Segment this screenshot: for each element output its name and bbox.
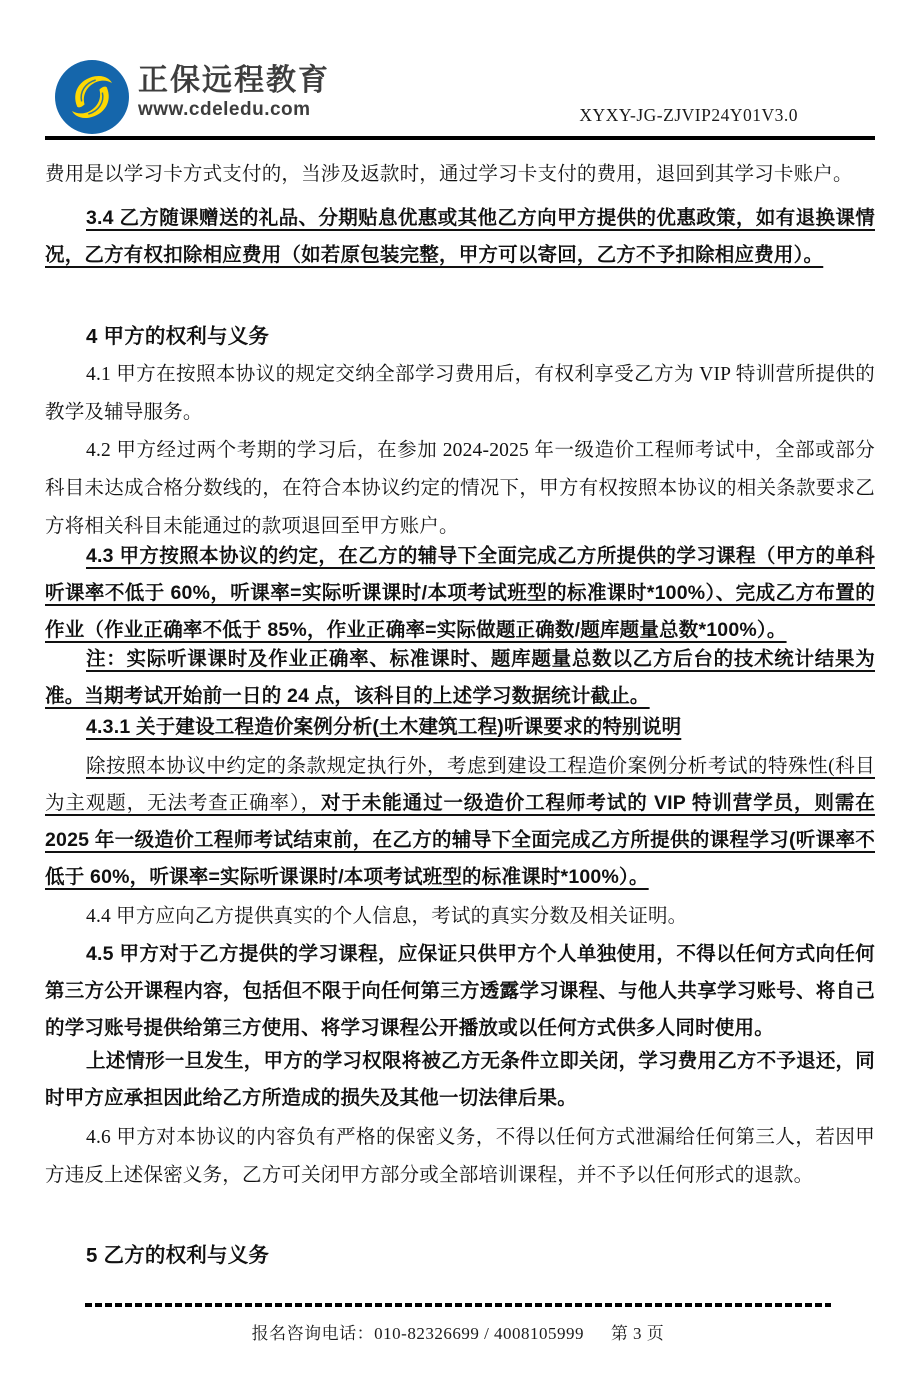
clause-4-4: 4.4 甲方应向乙方提供真实的个人信息，考试的真实分数及相关证明。	[45, 898, 875, 936]
text-span: 4 甲方的权利与义务	[86, 325, 269, 348]
contract-page: 正保远程教育 www.cdeledu.com XYXY-JG-ZJVIP24Y0…	[0, 0, 916, 1389]
footer-text: 报名咨询电话：010-82326699 / 4008105999 第 3 页	[0, 1319, 916, 1344]
text-span: 4.6 甲方对本协议的内容负有严格的保密义务，不得以任何方式泄漏给任何第三人，若…	[45, 1127, 875, 1186]
text-span: 4.2 甲方经过两个考期的学习后，在参加 2024-2025 年一级造价工程师考…	[45, 440, 875, 537]
document-code: XYXY-JG-ZJVIP24Y01V3.0	[579, 105, 798, 126]
brand-logo-icon	[55, 60, 129, 134]
clause-3-4: 3.4 乙方随课赠送的礼品、分期贴息优惠或其他乙方向甲方提供的优惠政策，如有退换…	[45, 200, 875, 274]
text-span: 上述情形一旦发生，甲方的学习权限将被乙方无条件立即关闭，学习费用乙方不予退还，同…	[45, 1050, 875, 1109]
page-footer: 报名咨询电话：010-82326699 / 4008105999 第 3 页	[0, 1303, 916, 1344]
subsection-heading-4-3-1: 4.3.1 关于建设工程造价案例分析(土木建筑工程)听课要求的特别说明	[45, 709, 875, 746]
text-span: 4.3.1 关于建设工程造价案例分析(土木建筑工程)听课要求的特别说明	[86, 716, 681, 738]
brand-name: 正保远程教育	[138, 64, 330, 98]
clause-4-5-consequence: 上述情形一旦发生，甲方的学习权限将被乙方无条件立即关闭，学习费用乙方不予退还，同…	[45, 1043, 875, 1117]
clause-4-2: 4.2 甲方经过两个考期的学习后，在参加 2024-2025 年一级造价工程师考…	[45, 432, 875, 546]
note-paragraph: 注：实际听课课时及作业正确率、标准课时、题库题量总数以乙方后台的技术统计结果为准…	[45, 641, 875, 715]
section-heading-5: 5 乙方的权利与义务	[45, 1237, 875, 1275]
text-span: 注：实际听课课时及作业正确率、标准课时、题库题量总数以乙方后台的技术统计结果为准…	[45, 648, 875, 707]
text-span: 5 乙方的权利与义务	[86, 1244, 269, 1267]
footer-divider	[85, 1303, 831, 1307]
page-number: 第 3 页	[611, 1324, 665, 1343]
clause-4-6: 4.6 甲方对本协议的内容负有严格的保密义务，不得以任何方式泄漏给任何第三人，若…	[45, 1119, 875, 1195]
section-heading-4: 4 甲方的权利与义务	[45, 318, 875, 356]
text-span: 3.4 乙方随课赠送的礼品、分期贴息优惠或其他乙方向甲方提供的优惠政策，如有退换…	[45, 207, 875, 266]
paragraph-continued: 费用是以学习卡方式支付的，当涉及返款时，通过学习卡支付的费用，退回到其学习卡账户…	[45, 156, 875, 194]
logo-text-block: 正保远程教育 www.cdeledu.com	[138, 60, 330, 122]
header-divider	[45, 136, 875, 140]
logo: 正保远程教育 www.cdeledu.com	[55, 60, 330, 134]
text-span: 4.5 甲方对于乙方提供的学习课程，应保证只供甲方个人单独使用，不得以任何方式向…	[45, 943, 875, 1039]
clause-4-5: 4.5 甲方对于乙方提供的学习课程，应保证只供甲方个人单独使用，不得以任何方式向…	[45, 936, 875, 1047]
contract-body: 费用是以学习卡方式支付的，当涉及返款时，通过学习卡支付的费用，退回到其学习卡账户…	[0, 140, 916, 1275]
text-span: 4.1 甲方在按照本协议的规定交纳全部学习费用后，有权利享受乙方为 VIP 特训…	[45, 364, 875, 423]
contact-phone: 报名咨询电话：010-82326699 / 4008105999	[252, 1324, 584, 1343]
clause-4-1: 4.1 甲方在按照本协议的规定交纳全部学习费用后，有权利享受乙方为 VIP 特训…	[45, 356, 875, 432]
text-span: 4.4 甲方应向乙方提供真实的个人信息，考试的真实分数及相关证明。	[86, 906, 687, 927]
text-span: 4.3 甲方按照本协议的约定，在乙方的辅导下全面完成乙方所提供的学习课程（甲方的…	[45, 545, 875, 641]
clause-4-3: 4.3 甲方按照本协议的约定，在乙方的辅导下全面完成乙方所提供的学习课程（甲方的…	[45, 538, 875, 649]
page-header: 正保远程教育 www.cdeledu.com XYXY-JG-ZJVIP24Y0…	[0, 0, 916, 140]
clause-4-3-1-body: 除按照本协议中约定的条款规定执行外，考虑到建设工程造价案例分析考试的特殊性(科目…	[45, 748, 875, 896]
brand-website: www.cdeledu.com	[138, 98, 330, 122]
text-span: 费用是以学习卡方式支付的，当涉及返款时，通过学习卡支付的费用，退回到其学习卡账户…	[45, 164, 853, 185]
